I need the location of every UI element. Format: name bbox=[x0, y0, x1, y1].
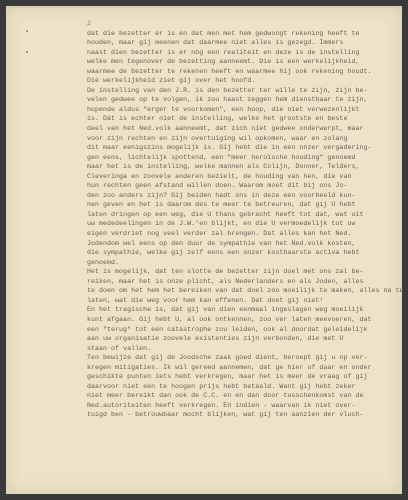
margin-mark bbox=[26, 51, 28, 53]
text-line: een "terug" tot een catastrophe zou leid… bbox=[87, 325, 407, 335]
document-page: 2 dat die bezetter er is en dat men met … bbox=[6, 6, 402, 494]
text-line: te doen om het hem het bereiken van dat … bbox=[87, 286, 407, 296]
text-line: niet meer bereikt dan ook de C.C. en en … bbox=[87, 391, 407, 401]
text-line: naast dien bezetter is er nòg een realit… bbox=[87, 48, 407, 58]
text-line: uw mededeelingen in de J.W.'en blijkt, e… bbox=[87, 219, 407, 229]
text-line: houden, maar gij meenen dat daarmee niet… bbox=[87, 38, 407, 48]
text-line: hopende aldus "erger te voorkomen", een … bbox=[87, 105, 407, 115]
text-line: is. Dát is echter niet de instelling, we… bbox=[87, 114, 407, 124]
text-line: reiken, maar het is onze plicht, als Ned… bbox=[87, 277, 407, 287]
text-line: waarmee de bezetter te rekenen heeft en … bbox=[87, 67, 407, 77]
text-line: nen geven en het is daarom des te meer t… bbox=[87, 200, 407, 210]
text-line: Ten bewijze dat gij de Joodsche zaak goe… bbox=[87, 353, 407, 363]
text-line: laten dringen op een weg, die U thans ge… bbox=[87, 210, 407, 220]
typewritten-text: 2 dat die bezetter er is en dat men met … bbox=[87, 19, 407, 420]
text-line: geschikte punten iets hebt verkregen, ma… bbox=[87, 372, 407, 382]
margin-mark bbox=[26, 30, 28, 32]
text-line: den zoo anders zijn? Gij beiden hadt ons… bbox=[87, 191, 407, 201]
text-line: Die werkelijkheid ziet gij over het hoof… bbox=[87, 76, 407, 86]
text-line: Cleveringa en zoovele anderen bezielt, d… bbox=[87, 172, 407, 182]
text-line: kunt afgaan. Gij hebt U, al ook ontkenne… bbox=[87, 315, 407, 325]
text-line: maar het is de instelling, welke mannen … bbox=[87, 162, 407, 172]
text-line: genoemd. bbox=[87, 258, 407, 268]
text-line: dat die bezetter er is en dat men met he… bbox=[87, 29, 407, 39]
text-line: deel van het Ned.volk aanneemt, dat zich… bbox=[87, 124, 407, 134]
text-line: velen gedwee op te volgen, ik zou haast … bbox=[87, 95, 407, 105]
text-line: tuigd ben - betrouwbaar mocht blijken, w… bbox=[87, 410, 407, 420]
text-line: laten, wat die weg voor hem kan effenen.… bbox=[87, 296, 407, 306]
text-line: Ned.autoriteiten heeft verkregen. En ind… bbox=[87, 401, 407, 411]
text-line: aan uw organisatie zoovele existenties z… bbox=[87, 334, 407, 344]
text-line: gen eens, lichtelijk spottend, een "meer… bbox=[87, 153, 407, 163]
text-line: De instelling van den J.R. is den bezett… bbox=[87, 86, 407, 96]
text-line: Jodendom wel eens op den duur de sympath… bbox=[87, 239, 407, 249]
text-line: kregen mitigaties. Ik wil gereed aanneme… bbox=[87, 363, 407, 373]
text-line: En het tragische is, dat gij van dien ee… bbox=[87, 305, 407, 315]
text-line: die sympathie, welke gij zelf eens een o… bbox=[87, 248, 407, 258]
page-number: 2 bbox=[87, 19, 407, 29]
text-line: Het is mogelijk, dat ten slotte de bezet… bbox=[87, 267, 407, 277]
text-line: hun rechten geen afstand willen doen. Wa… bbox=[87, 181, 407, 191]
text-line: daarvoor niet een te hoogen prijs hebt b… bbox=[87, 382, 407, 392]
text-line: eigen verdriet nog veel verder zal breng… bbox=[87, 229, 407, 239]
text-line: voor zijn rechten en zijn overtuiging wi… bbox=[87, 134, 407, 144]
text-line: dit maar eenigszins mogelijk is. Gij heb… bbox=[87, 143, 407, 153]
text-line: staan of vallen. bbox=[87, 344, 407, 354]
page-edge bbox=[6, 6, 402, 8]
text-line: welke men tegenover de bezetting aanneem… bbox=[87, 57, 407, 67]
